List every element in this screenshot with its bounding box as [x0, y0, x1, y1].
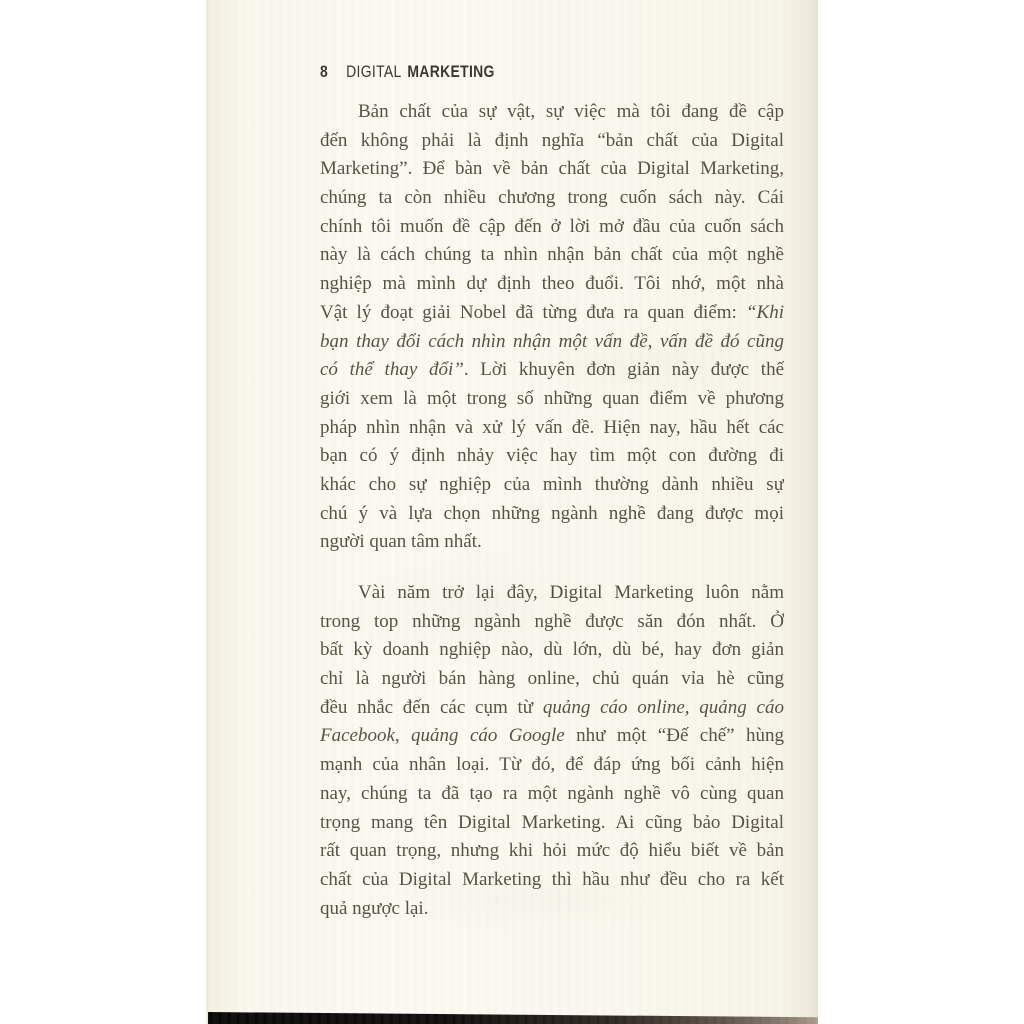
text-line: bạn thay đổi cách nhìn nhận một vấn đề, …: [320, 328, 784, 357]
text-line: chúng ta còn nhiều chương trong cuốn sác…: [320, 184, 784, 213]
paragraph-1: Bản chất của sự vật, sự việc mà tôi đang…: [320, 98, 784, 557]
text-line: trọng mang tên Digital Marketing. Ai cũn…: [320, 809, 784, 838]
text-line: Bản chất của sự vật, sự việc mà tôi đang…: [320, 98, 784, 127]
text-line: đến không phải là định nghĩa “bản chất c…: [320, 127, 784, 156]
text-line: đều nhắc đến các cụm từ quảng cáo online…: [320, 694, 784, 723]
text-line: chỉ là người bán hàng online, chủ quán v…: [320, 665, 784, 694]
book-page-photo: 8DIGITALMARKETING Bản chất của sự vật, s…: [206, 0, 818, 1024]
text-line: khác cho sự nghiệp của mình thường dành …: [320, 471, 784, 500]
book-title-light: DIGITAL: [346, 62, 401, 81]
text-line: nghiệp mà mình dự định theo đuổi. Tôi nh…: [320, 270, 784, 299]
screenshot-root: { "page": { "header": { "page_number": "…: [0, 0, 1024, 1024]
text-line: bất kỳ doanh nghiệp nào, dù lớn, dù bé, …: [320, 636, 784, 665]
page-number: 8: [320, 62, 328, 81]
text-line: này là cách chúng ta nhìn nhận bản chất …: [320, 241, 784, 270]
text-line: chất của Digital Marketing thì hầu như đ…: [320, 866, 784, 895]
text-line: Vài năm trở lại đây, Digital Marketing l…: [320, 579, 784, 608]
text-line: người quan tâm nhất.: [320, 528, 784, 557]
text-line: Vật lý đoạt giải Nobel đã từng đưa ra qu…: [320, 299, 784, 328]
text-line: Facebook, quảng cáo Google như một “Đế c…: [320, 722, 784, 751]
text-line: giới xem là một trong số những quan điểm…: [320, 385, 784, 414]
text-line: rất quan trọng, nhưng khi hỏi mức độ hiể…: [320, 837, 784, 866]
text-line: bạn có ý định nhảy việc hay tìm một con …: [320, 442, 784, 471]
text-line: pháp nhìn nhận và xử lý vấn đề. Hiện nay…: [320, 414, 784, 443]
text-line: Marketing”. Để bàn về bản chất của Digit…: [320, 155, 784, 184]
paragraph-2: Vài năm trở lại đây, Digital Marketing l…: [320, 579, 784, 923]
book-title-bold: MARKETING: [407, 62, 494, 81]
text-line: chú ý và lựa chọn những ngành nghề đang …: [320, 500, 784, 529]
text-line: trong top những ngành nghề được săn đón …: [320, 608, 784, 637]
text-line: chính tôi muốn đề cập đến ở lời mở đầu c…: [320, 213, 784, 242]
text-line: mạnh của nhân loại. Từ đó, để đáp ứng bố…: [320, 751, 784, 780]
book-bottom-edge: [208, 1011, 818, 1024]
body-text: Bản chất của sự vật, sự việc mà tôi đang…: [320, 98, 784, 923]
text-line: nay, chúng ta đã tạo ra một ngành nghề v…: [320, 780, 784, 809]
text-line: có thể thay đổi”. Lời khuyên đơn giản nà…: [320, 356, 784, 385]
text-line: quả ngược lại.: [320, 895, 784, 924]
running-head: 8DIGITALMARKETING: [320, 62, 495, 82]
